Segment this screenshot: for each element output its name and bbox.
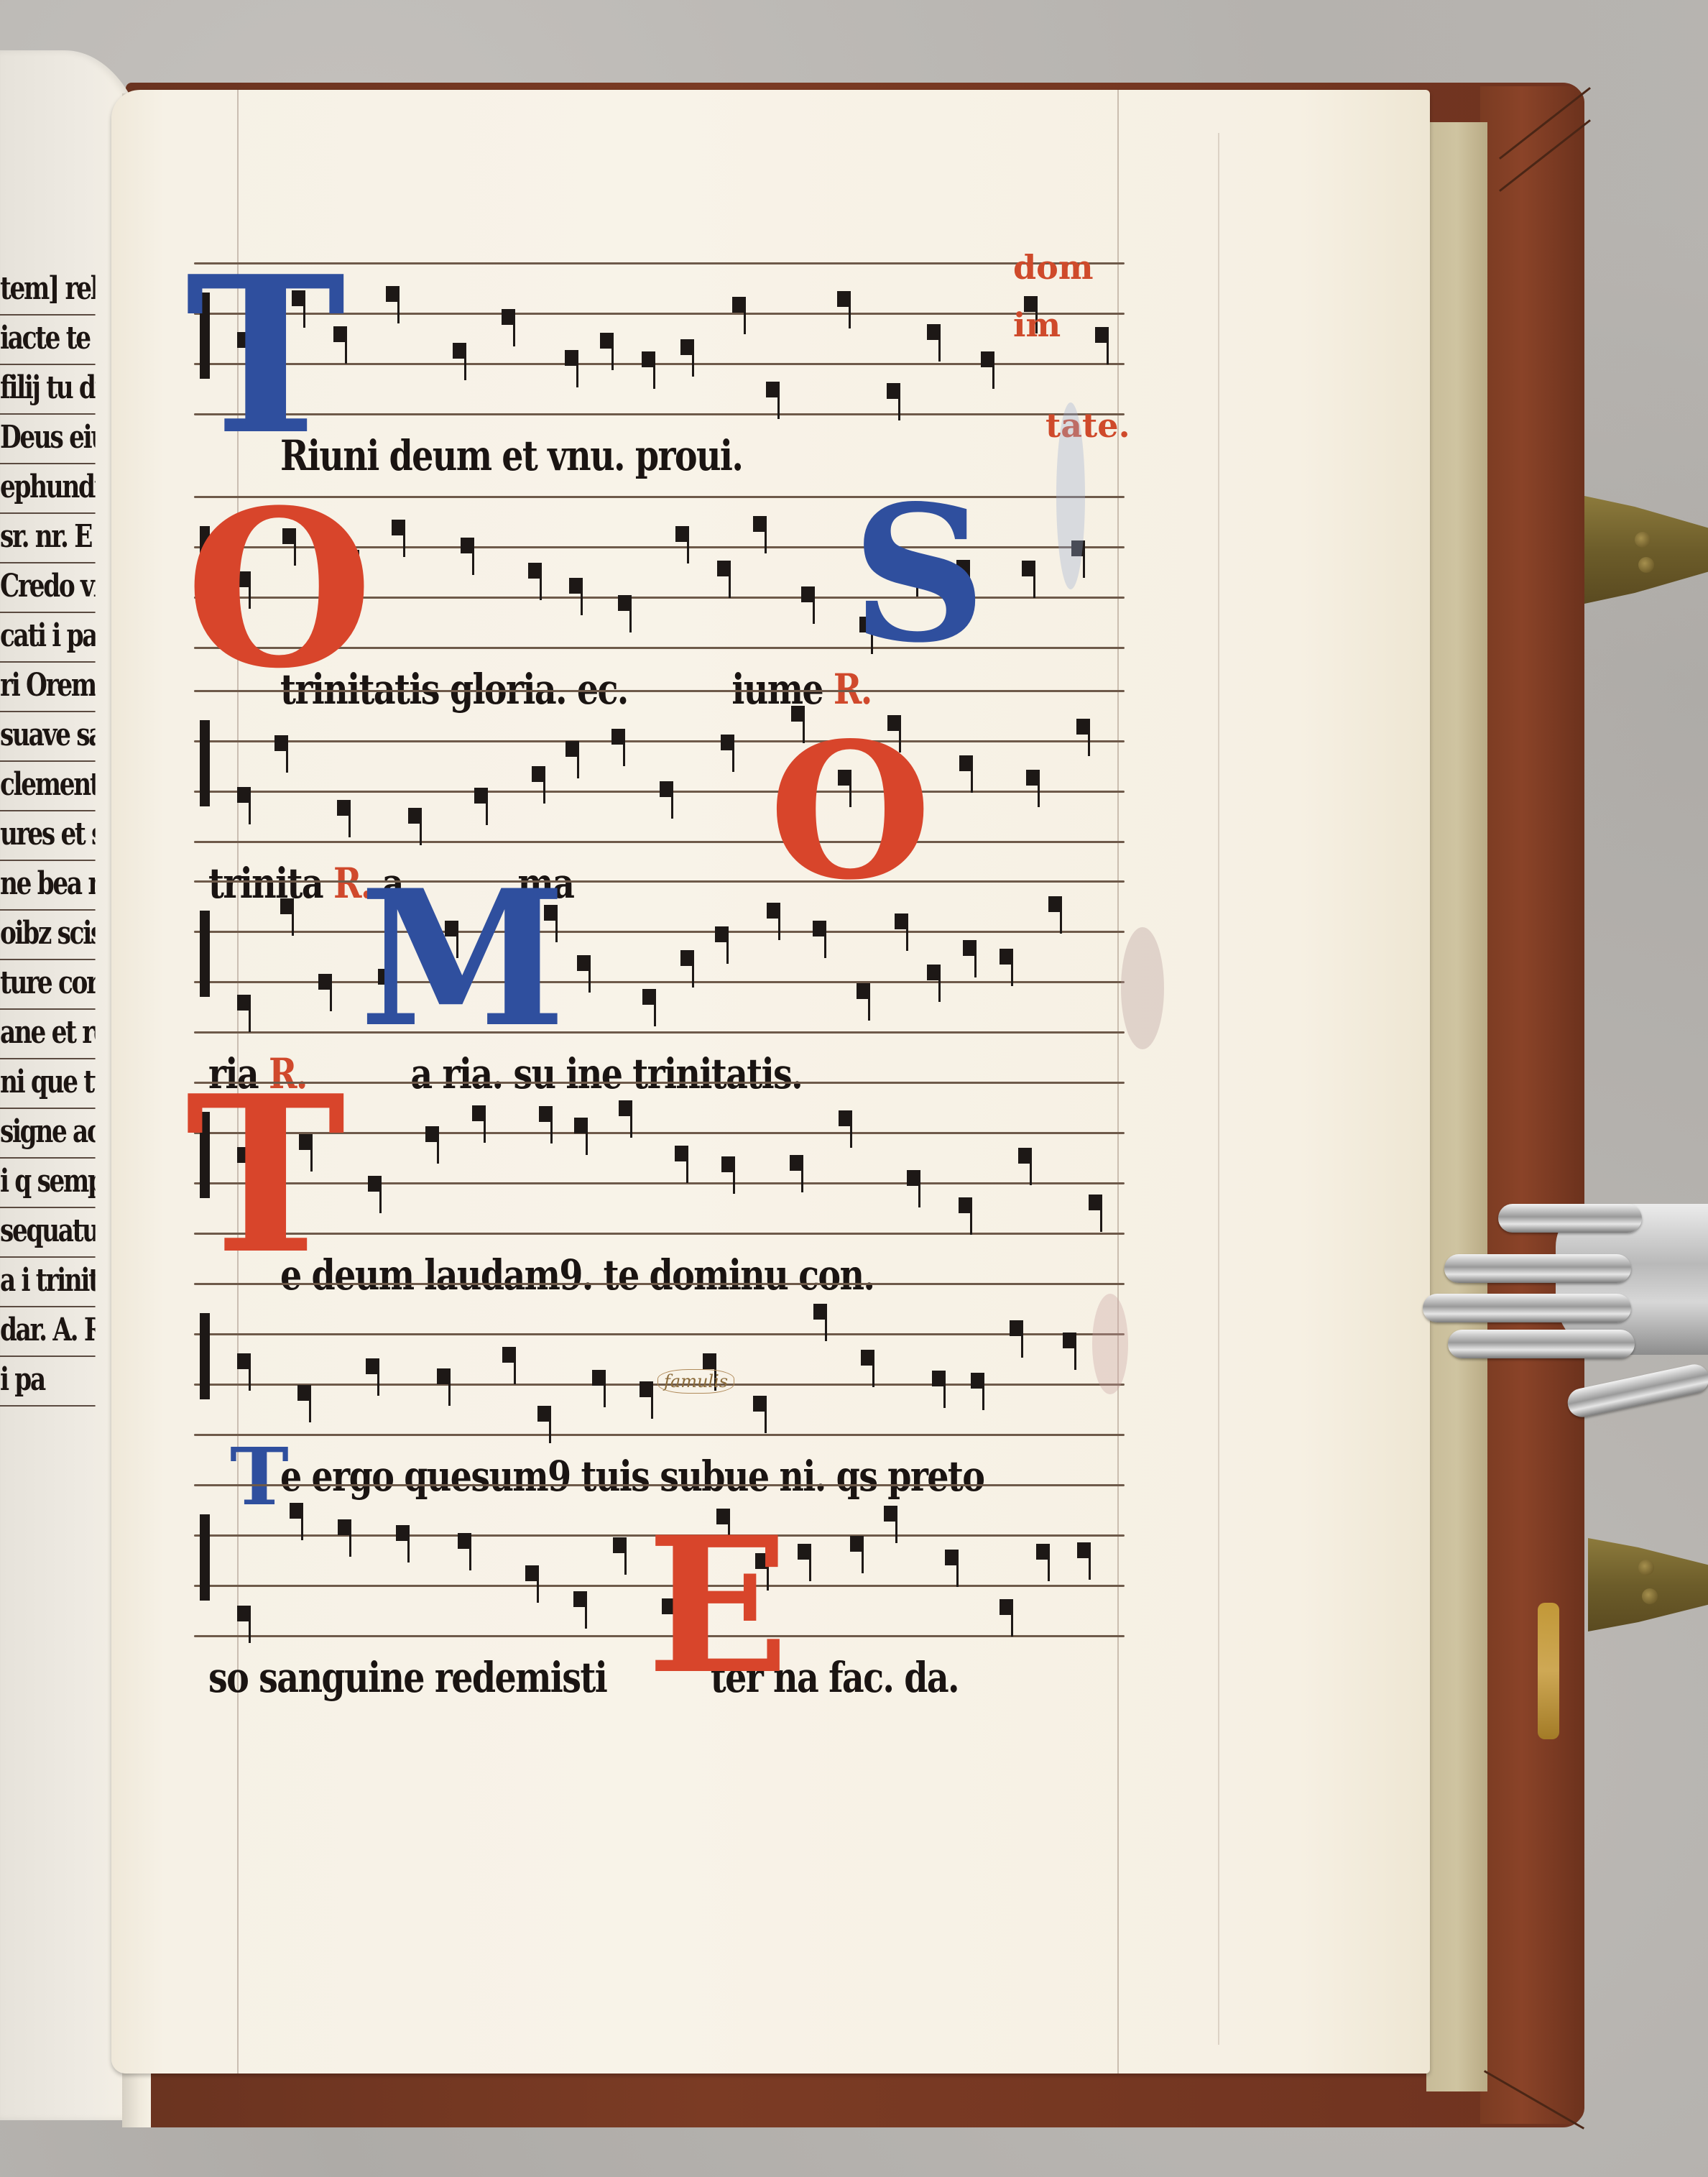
- neume-note: [237, 995, 251, 1011]
- neume-note: [887, 383, 900, 399]
- neume-note: [1077, 1542, 1091, 1558]
- neume-note: [971, 1373, 984, 1389]
- decorated-initial: T: [230, 1437, 289, 1516]
- left-page-line-text: ni que tuam: [0, 1064, 96, 1100]
- neume-note: [574, 1118, 588, 1133]
- rubric-text: tate.: [1045, 406, 1130, 445]
- neume-note: [539, 1106, 553, 1122]
- binding-fore-edge: [1480, 86, 1584, 2124]
- vellum-turn-in: [1426, 122, 1487, 2091]
- left-page-line-text: ane et recep: [0, 1014, 96, 1051]
- neume-note: [1000, 1599, 1013, 1615]
- neume-note: [532, 766, 545, 782]
- neume-note: [337, 800, 351, 816]
- neume-note: [907, 1170, 920, 1186]
- neume-note: [565, 350, 578, 366]
- marginal-correction-note: famulis: [657, 1369, 734, 1394]
- neume-note: [721, 1156, 735, 1172]
- neume-note: [981, 351, 994, 367]
- neume-note: [525, 1565, 539, 1581]
- decorated-initial: E: [647, 1513, 789, 1700]
- staff-line: [194, 1333, 1125, 1335]
- neume-note: [274, 735, 288, 751]
- left-page-line: tem] reliquis: [0, 266, 96, 316]
- neume-note: [318, 974, 332, 990]
- neume-note: [425, 1126, 439, 1142]
- staff-line: [194, 981, 1125, 983]
- ruling-outer: [1218, 133, 1219, 2045]
- hand-finger: [1444, 1254, 1631, 1283]
- left-page-line-text: ne bea maria: [0, 865, 96, 902]
- left-page-line: signe aciwe: [0, 1109, 96, 1159]
- neume-note: [767, 903, 780, 919]
- recto-page: Riuni deum et vnu. proui. Tdomimtate. tr…: [111, 90, 1430, 2074]
- rivet-icon: [1642, 1588, 1658, 1604]
- neume-note: [1076, 719, 1090, 735]
- rivet-icon: [1638, 1560, 1654, 1575]
- neume-note: [801, 586, 815, 602]
- neume-note: [461, 538, 474, 553]
- neume-note: [861, 1350, 874, 1366]
- neume-note: [1048, 896, 1062, 912]
- left-page-line: ures et sacra: [0, 811, 96, 861]
- neume-note: [396, 1525, 410, 1541]
- left-page-line: ri Orem: [0, 663, 96, 712]
- left-page-line-text: suave saluta: [0, 717, 96, 753]
- lyric-text: trinita: [208, 859, 333, 908]
- neume-note: [932, 1371, 946, 1386]
- neume-note: [721, 735, 734, 750]
- left-page-line-text: iacte te amb: [0, 320, 96, 356]
- staff-line: [194, 1283, 1125, 1285]
- neume-note: [703, 1353, 716, 1369]
- left-page-line: ne bea maria: [0, 861, 96, 911]
- left-page-line-text: ures et sacra: [0, 816, 96, 852]
- neume-note: [577, 955, 591, 971]
- neume-note: [1095, 327, 1109, 343]
- staff-line: [194, 931, 1125, 933]
- staff-line: [194, 880, 1125, 883]
- show-through-mark: [1121, 927, 1164, 1049]
- neume-note: [613, 1537, 627, 1553]
- neume-note: [732, 297, 746, 313]
- left-page-line: clementiam tu: [0, 762, 96, 811]
- left-page-line-text: Deus eius: [0, 419, 96, 456]
- neume-note: [642, 351, 655, 367]
- left-page-line-text: i pa: [0, 1361, 45, 1398]
- left-page-line: ture cordas.: [0, 960, 96, 1010]
- neume-note: [502, 309, 515, 325]
- neume-note: [675, 1146, 688, 1161]
- neume-note: [717, 561, 731, 576]
- left-page-line: ni que tuam: [0, 1059, 96, 1109]
- rubric-text: dom: [1013, 248, 1094, 287]
- left-page-line: i q semp op: [0, 1159, 96, 1208]
- neume-note: [1022, 561, 1035, 576]
- neume-note: [472, 1105, 486, 1121]
- neume-note: [884, 1506, 897, 1522]
- neume-note: [386, 286, 400, 302]
- decorated-initial: O: [185, 482, 373, 697]
- neume-note: [753, 516, 767, 532]
- left-page-line-text: signe aciwe: [0, 1113, 96, 1150]
- left-page-line: ephundis de: [0, 464, 96, 514]
- left-page-line: sequatur.: [0, 1208, 96, 1258]
- lyric-line: e deum laudam9. te dominu con.: [280, 1251, 874, 1299]
- neume-note: [408, 808, 422, 824]
- neume-note: [566, 741, 579, 757]
- neume-note: [837, 291, 851, 307]
- left-page-line-text: filij tu dui: [0, 369, 96, 406]
- neume-note: [502, 1347, 516, 1363]
- left-page-text-column: tem] reliquisiacte te ambfilij tu duiDeu…: [0, 266, 122, 1407]
- neume-note: [1036, 1544, 1050, 1560]
- neume-note: [528, 563, 542, 579]
- neume-note: [850, 1536, 864, 1552]
- rubric-text: im: [1013, 305, 1061, 344]
- staff-line: [194, 1484, 1125, 1486]
- neume-note: [790, 1155, 803, 1171]
- neume-note: [640, 1381, 653, 1397]
- neume-note: [237, 1606, 251, 1621]
- left-page-line-text: ri Orem: [0, 667, 96, 704]
- neume-note: [753, 1396, 767, 1412]
- left-page-line-text: sequatur.: [0, 1212, 96, 1249]
- clef-icon: [200, 720, 210, 806]
- neume-note: [959, 1197, 972, 1213]
- left-page-line: sr. nr. E: [0, 514, 96, 563]
- decorated-initial: S: [851, 482, 987, 668]
- rivet-icon: [1635, 532, 1651, 548]
- neume-note: [660, 781, 673, 797]
- left-page-line-text: ture cordas.: [0, 965, 96, 1001]
- clef-icon: [200, 1313, 210, 1399]
- neume-note: [619, 1100, 632, 1116]
- left-page-line-text: Credo vni b: [0, 568, 96, 604]
- neume-note: [366, 1358, 379, 1374]
- lyric-text: e deum laudam9. te dominu con.: [280, 1251, 874, 1299]
- show-through-mark: [1092, 1294, 1128, 1394]
- staff-line: [194, 841, 1125, 843]
- neume-note: [474, 788, 488, 804]
- neume-note: [959, 755, 973, 771]
- left-page-line-text: clementiam tu: [0, 766, 96, 803]
- staff-line: [194, 1031, 1125, 1034]
- left-page-line: iacte te amb: [0, 316, 96, 365]
- neume-note: [857, 983, 870, 999]
- neume-note: [642, 989, 656, 1005]
- neume-note: [368, 1176, 382, 1192]
- lyric-text: e ergo quesum9 tuis subue ni. qs preto: [280, 1452, 984, 1501]
- staff-line: [194, 690, 1125, 692]
- left-page-line-text: dar. A. R: [0, 1312, 96, 1348]
- neume-note: [927, 965, 941, 980]
- left-page-line-text: ephundis de: [0, 469, 96, 505]
- lyric-line: e ergo quesum9 tuis subue ni. qs preto: [280, 1452, 984, 1501]
- show-through-mark: [1056, 402, 1085, 589]
- left-page-line: i pa: [0, 1357, 96, 1407]
- left-page-line: filij tu dui: [0, 365, 96, 415]
- neume-note: [715, 926, 729, 942]
- neume-note: [1026, 770, 1040, 786]
- silver-hand-book-weight[interactable]: [1412, 1175, 1708, 1405]
- left-page-line: dar. A. R: [0, 1307, 96, 1357]
- left-page-line-text: i q semp op: [0, 1163, 96, 1200]
- lyric-text: da.: [904, 1653, 959, 1702]
- neume-note: [1010, 1320, 1023, 1336]
- clef-icon: [200, 1514, 210, 1601]
- left-page-line: ane et recep: [0, 1010, 96, 1059]
- left-page-line: suave saluta: [0, 712, 96, 762]
- left-page-line-text: sr. nr. E: [0, 518, 91, 555]
- neume-note: [680, 950, 694, 966]
- neume-note: [280, 898, 294, 914]
- neume-note: [680, 339, 694, 355]
- neume-note: [1089, 1195, 1102, 1210]
- left-page-line: cati i pace.: [0, 613, 96, 663]
- neume-note: [813, 1304, 827, 1320]
- neume-note: [675, 526, 689, 542]
- left-page-line-text: oibz scis ad: [0, 915, 96, 952]
- left-page-line: Credo vni b: [0, 563, 96, 613]
- neume-note: [338, 1519, 351, 1535]
- decorated-initial: O: [769, 719, 931, 906]
- neume-note: [618, 595, 632, 611]
- neume-note: [813, 921, 826, 936]
- left-page-line-text: a i trinitati: [0, 1262, 96, 1299]
- neume-note: [798, 1544, 811, 1560]
- neume-note: [573, 1591, 587, 1607]
- neume-note: [1063, 1333, 1076, 1348]
- neume-note: [237, 1353, 251, 1369]
- neume-note: [600, 333, 614, 349]
- decorated-initial: T: [185, 1067, 346, 1283]
- clef-icon: [200, 911, 210, 997]
- neume-note: [945, 1550, 959, 1565]
- neume-note: [1000, 949, 1013, 965]
- gilt-trace: [1538, 1603, 1559, 1739]
- staff-line: [194, 740, 1125, 742]
- neume-note: [895, 913, 908, 929]
- hand-finger: [1448, 1330, 1635, 1358]
- left-page-line: a i trinitati: [0, 1258, 96, 1307]
- neume-note: [297, 1385, 311, 1401]
- lyric-text: so sanguine redemisti: [208, 1653, 617, 1702]
- neume-note: [963, 940, 977, 956]
- hand-finger: [1423, 1294, 1631, 1322]
- neume-note: [927, 324, 941, 340]
- hand-finger: [1498, 1204, 1642, 1233]
- staff-line: [194, 1434, 1125, 1436]
- neume-note: [290, 1503, 303, 1519]
- neume-note: [458, 1533, 471, 1549]
- neume-note: [766, 382, 780, 397]
- neume-note: [453, 343, 466, 359]
- neume-note: [392, 520, 405, 535]
- left-page-line-text: tem] reliquis: [0, 270, 96, 307]
- decorated-initial: M: [359, 866, 566, 1053]
- neume-note: [611, 729, 625, 745]
- lyric-line: so sanguine redemisti ter na fac. da.: [208, 1653, 959, 1702]
- neume-note: [1018, 1148, 1032, 1164]
- neume-note: [592, 1370, 606, 1386]
- left-page-line-text: cati i pace.: [0, 617, 96, 654]
- neume-note: [237, 787, 251, 803]
- left-page-line: oibz scis ad: [0, 911, 96, 960]
- neume-note: [437, 1368, 451, 1384]
- neume-note: [569, 578, 583, 594]
- decorated-initial: T: [185, 248, 346, 464]
- neume-note: [537, 1406, 551, 1422]
- rivet-icon: [1638, 557, 1654, 573]
- neume-note: [839, 1110, 852, 1126]
- left-page-line: Deus eius: [0, 415, 96, 464]
